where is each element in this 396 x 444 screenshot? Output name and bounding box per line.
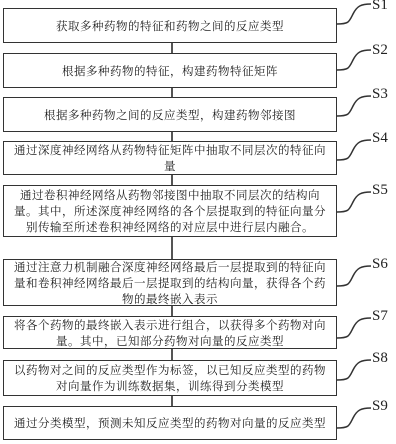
connector-s4-s5 (171, 175, 173, 185)
step-label-s8: S8 (372, 350, 388, 367)
step-text: 通过深度神经网络从药物特征矩阵中抽取不同层次的特征向量 (10, 142, 330, 174)
step-label-s2: S2 (372, 42, 388, 59)
leader-line-s8 (337, 356, 377, 386)
step-label-s7: S7 (372, 308, 388, 325)
leader-line-s2 (337, 46, 377, 76)
step-box-s4: 通过深度神经网络从药物特征矩阵中抽取不同层次的特征向量 (3, 141, 337, 175)
step-label-s3: S3 (372, 86, 388, 103)
connector-s3-s4 (171, 132, 173, 141)
connector-s2-s3 (171, 88, 173, 97)
step-label-s9: S9 (372, 398, 388, 415)
step-box-s7: 将各个药物的最终嵌入表示进行组合，以获得多个药物对向量。其中，已知部分药物对向量… (3, 316, 337, 349)
connector-s8-s9 (171, 396, 173, 406)
leader-line-s6 (337, 262, 377, 292)
leader-line-s3 (337, 92, 377, 122)
leader-line-s5 (337, 188, 377, 218)
step-text: 通过卷积神经网络从药物邻接图中抽取不同层次的结构向量。其中，所述深度神经网络的各… (10, 187, 330, 235)
step-box-s8: 以药物对之间的反应类型作为标签，以已知反应类型的药物对向量作为训练数据集，训练得… (3, 360, 337, 396)
connector-s7-s8 (171, 349, 173, 360)
step-text: 通过分类模型，预测未知反应类型的药物对向量的反应类型 (14, 415, 326, 431)
connector-s5-s6 (171, 237, 173, 259)
step-box-s3: 根据多种药物之间的反应类型，构建药物邻接图 (3, 97, 337, 132)
step-text: 根据多种药物之间的反应类型，构建药物邻接图 (44, 107, 296, 123)
step-box-s6: 通过注意力机制融合深度神经网络最后一层提取到的特征向量和卷积神经网络最后一层提取… (3, 259, 337, 306)
connector-s6-s7 (171, 306, 173, 316)
leader-line-s7 (337, 314, 377, 344)
step-text: 获取多种药物的特征和药物之间的反应类型 (56, 18, 284, 34)
step-label-s4: S4 (372, 130, 388, 147)
step-text: 根据多种药物的特征，构建药物特征矩阵 (62, 63, 278, 79)
step-box-s5: 通过卷积神经网络从药物邻接图中抽取不同层次的结构向量。其中，所述深度神经网络的各… (3, 185, 337, 237)
leader-line-s1 (337, 0, 377, 30)
connector-s1-s2 (171, 43, 173, 53)
leader-line-s4 (337, 136, 377, 166)
step-box-s9: 通过分类模型，预测未知反应类型的药物对向量的反应类型 (3, 406, 337, 440)
step-text: 通过注意力机制融合深度神经网络最后一层提取到的特征向量和卷积神经网络最后一层提取… (10, 259, 330, 307)
step-label-s6: S6 (372, 256, 388, 273)
leader-line-s9 (337, 404, 377, 434)
step-box-s2: 根据多种药物的特征，构建药物特征矩阵 (3, 53, 337, 88)
step-label-s1: S1 (372, 0, 388, 14)
step-label-s5: S5 (372, 182, 388, 199)
step-text: 将各个药物的最终嵌入表示进行组合，以获得多个药物对向量。其中，已知部分药物对向量… (10, 317, 330, 349)
step-text: 以药物对之间的反应类型作为标签，以已知反应类型的药物对向量作为训练数据集，训练得… (10, 362, 330, 394)
step-box-s1: 获取多种药物的特征和药物之间的反应类型 (3, 8, 337, 43)
